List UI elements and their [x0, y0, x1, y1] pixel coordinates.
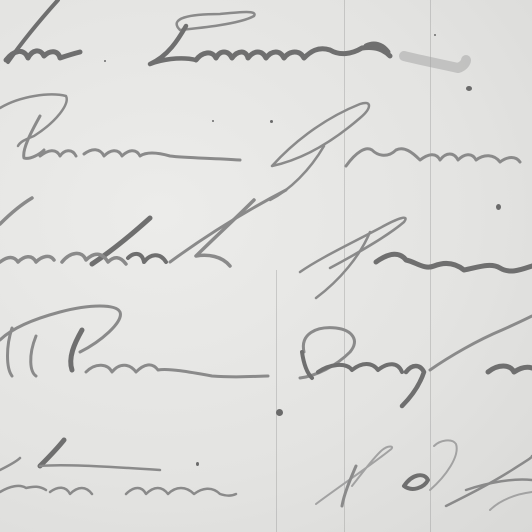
line-4-william-douglas — [0, 306, 532, 406]
handwriting-layer — [0, 0, 532, 532]
line-3-isabelle-green — [0, 190, 532, 298]
line-1-john-lammond — [6, 0, 466, 68]
line-5-catherine-mcg — [0, 440, 532, 510]
line-2-william-green — [0, 95, 520, 201]
